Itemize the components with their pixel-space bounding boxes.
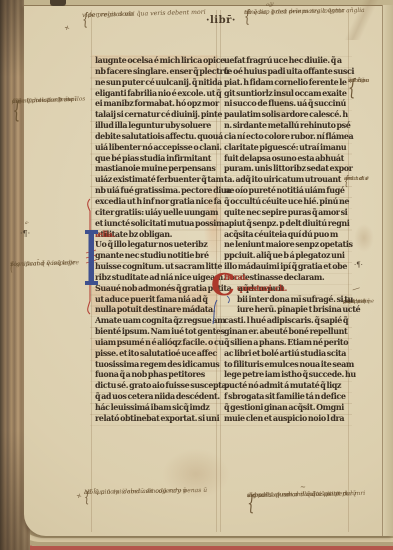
- body-text: ne leniunt maiore senpz opetatis: [224, 240, 348, 251]
- body-text: apiut q̃ senpz. p delt diuitú regni: [224, 219, 348, 230]
- text-line: noc destinasse declaram. berat.: [224, 273, 348, 284]
- text-line: ppciuit. aliq̃ ue b á plegatoz uni: [224, 251, 348, 262]
- text-line: dictu sé. grato aio fuisse suscepta.: [95, 381, 216, 392]
- body-text: tuosissima regem des idicamus: [95, 360, 216, 371]
- pilcrow-mark: ·¶·: [354, 261, 363, 269]
- text-line: lege petre iam istho q̃ succede. hu: [224, 370, 348, 381]
- body-text: citer gratiis: uiáy uelle uungam: [95, 208, 216, 219]
- text-line: uiáz existimaté ferbuenter q̃ tam: [95, 175, 216, 186]
- body-text: debite salutatiois affectu. quouá: [95, 132, 216, 143]
- text-line: mastianoie muine perpensans: [95, 164, 216, 175]
- body-text: Uo q̃ illo legatur nos ueteribz: [95, 240, 207, 251]
- text-line: bii inter dona mī sufragé. si tu: [224, 295, 348, 306]
- svg-text:C: C: [211, 268, 234, 303]
- body-text: git suntiorlz insul occam exaite: [224, 89, 347, 100]
- body-text: ta. adq̃ ito uiricatum utrouant: [224, 175, 341, 186]
- body-text: piat. h fidam cornelio ferente le: [224, 78, 347, 89]
- text-line: ac libri et bolé artiú studia scita: [224, 349, 348, 360]
- text-line: ne leniunt maiore senpz opetatis: [224, 240, 348, 251]
- body-text: casti. l hué adipiscaris. q̃ sapié q̃: [224, 316, 348, 327]
- rubric-text: questozi. ch.: [237, 284, 287, 295]
- text-line: git suntiorlz insul occam exaite: [224, 89, 348, 100]
- text-column-left: laugnte ocelsa é mich lirica opicenb fac…: [95, 56, 216, 425]
- body-text: nulla potuit destinare mádata.: [95, 305, 215, 316]
- body-text: cia ní ecto colore rubor. ní flámea: [224, 132, 348, 143]
- body-text: pisse. et ito salutatioé uce affec: [95, 349, 216, 360]
- body-text: et iuncté solicitati mutua possim: [95, 219, 216, 230]
- body-text: a: [237, 284, 243, 295]
- body-text: illud illa leguntur uby soluere: [95, 121, 211, 132]
- body-text: lege petre iam istho q̃ succede. hu: [224, 370, 348, 381]
- body-text: puram. unis littoribz sedat expor: [224, 164, 348, 175]
- text-line: te oé huius padi uita offante susci: [224, 67, 348, 78]
- body-text: f sbrogata sit familie tá n defice: [224, 392, 346, 403]
- text-line: fuit delapsa osuno esta abhuát: [224, 154, 348, 165]
- text-line: talaij si cernatur cé diuinij. pinte: [95, 110, 216, 121]
- body-text: fuona q̃ a nob phas petitores: [95, 370, 205, 381]
- pen-squiggle-mark: ∼: [300, 483, 306, 491]
- body-text: gnante nec studiu notitie bré: [95, 251, 209, 262]
- text-line: pisse. et ito salutatioé uce affec: [95, 349, 216, 360]
- text-line: q̃ ad uos cetera niida descédent.: [95, 392, 216, 403]
- body-text: filij: [12, 99, 22, 107]
- text-line: huisse cognitum. ut sacram litte: [95, 262, 216, 273]
- body-text: ribz studitate ad niá nice uigeam.: [95, 273, 216, 284]
- body-text: mastianoie muine perpensans: [95, 164, 215, 175]
- body-text: bienté ipsum. Nam iué tot gentes: [95, 327, 216, 338]
- text-line: ei manibz formabat. hó opz mor: [95, 99, 216, 110]
- text-line: relató obtinebat exportat. si uni: [95, 414, 216, 425]
- body-text: iure herū. pinapie t brisina ucté: [237, 305, 348, 316]
- body-text: ei manibz formabat. hó opz mor: [95, 99, 216, 110]
- body-text: ut aduce puerit fama niá ad q̃: [95, 295, 208, 306]
- text-line: ginan er. abeuté boné repellunt: [224, 327, 348, 338]
- text-line: quite nec sepire puras q̃ amor si: [224, 208, 348, 219]
- text-line: iure herū. pinapie t brisina ucté: [224, 305, 348, 316]
- decorated-initial-I: [81, 197, 103, 315]
- tiny-margin-mark: a·: [25, 221, 29, 226]
- superscript-note: aḡl: [266, 2, 274, 8]
- body-text: huisse cognitum. ut sacram litte: [95, 262, 216, 273]
- body-text: hác leuissimá ibam sicq̃ imdz: [95, 403, 209, 414]
- body-text: ni succo de fluens. uá q̃ succinú: [224, 99, 346, 110]
- body-text: nb facere singlare. enser q̃ plectrū: [95, 67, 216, 78]
- text-line: ut aduce puerit fama niá ad q̃: [95, 295, 216, 306]
- body-text: muie clen et auspicio noio l dra: [224, 414, 344, 425]
- body-text: pucté nó admit á mutaté q̃ liqz: [224, 381, 341, 392]
- body-text: ne oío pureté notitiá uiám fugé: [224, 186, 345, 197]
- text-line: et iuncté solicitati mutua possim: [95, 219, 216, 230]
- decorated-initial-C: C: [210, 266, 234, 326]
- text-line: citer gratiis: uiáy uelle uungam: [95, 208, 216, 219]
- body-text: ginan er. abeuté boné repellunt: [224, 327, 347, 338]
- text-line: ta. adq̃ ito uiricatum utrouant: [224, 175, 348, 186]
- body-text: claritate piguescé: utraí imanu: [224, 143, 346, 154]
- body-text: excedia ut h inf nor gratia nice fa: [95, 197, 216, 208]
- text-line: u q̃dem puit questozi. ch. a: [224, 284, 348, 295]
- text-line: ribz studitate ad niá nice uigeam.: [95, 273, 216, 284]
- body-text: Amate uam cognita q̃z regsue am: [95, 316, 216, 327]
- body-text: relató obtinebat exportat. si uni: [95, 414, 216, 425]
- text-line: nb facere singlare. enser q̃ plectrū: [95, 67, 216, 78]
- running-title: ·libr̄·: [206, 15, 236, 26]
- pen-tick-mark: +: [75, 492, 82, 501]
- text-line: to filituris emulces noua ite seam: [224, 360, 348, 371]
- text-line: cia ní ecto colore rubor. ní flámea: [224, 132, 348, 143]
- text-line: gnante nec studiu notitie bré: [95, 251, 216, 262]
- text-line: uiam psumé n é alióqz facile. o cu: [95, 338, 216, 349]
- text-line: muie clen et auspicio noio l dra: [224, 414, 348, 425]
- body-text: uiá libenter nó accepisse o clani.: [95, 143, 216, 154]
- text-line: q̃ gestioni ginan acq̃sit. Omgni: [224, 403, 348, 414]
- body-text: ad h̄ua ū ex ū amdū sit cogendy ū: [84, 487, 186, 497]
- body-text: uiam psumé n é alióqz facile. o cu: [95, 338, 216, 349]
- body-text: te oé huius padi uita offante susci: [224, 67, 348, 78]
- body-text: dictu sé. grato aio fuisse suscepta.: [95, 381, 216, 392]
- body-text: uiáz existimaté ferbuenter q̃ tam: [95, 175, 216, 186]
- body-text: bii inter dona mī sufragé. si tu: [237, 295, 348, 306]
- text-line: nulla potuit destinare mádata.: [95, 305, 216, 316]
- text-line: illo mádauimi ipí q̃ gratia et obe: [224, 262, 348, 273]
- manuscript-photo: + { vide prelatos ubi q̃ua veris debent …: [0, 0, 393, 550]
- body-text: q̃ ad uos cetera niida descédent.: [95, 392, 216, 403]
- text-line: claritate piguescé: utraí imanu: [224, 143, 348, 154]
- text-line: Amate uam cognita q̃z regsue am: [95, 316, 216, 327]
- body-text: acq̃sita céuiteia quí dú puo m: [224, 230, 338, 241]
- body-text: q̃ occultú céuite uce hié. pinú ne: [224, 197, 348, 208]
- text-line: pucté nó admit á mutaté q̃ liqz: [224, 381, 348, 392]
- body-text: per regis dona: [82, 11, 134, 20]
- text-line: puram. unis littoribz sedat expor: [224, 164, 348, 175]
- text-line: ni succo de fluens. uá q̃ succinú: [224, 99, 348, 110]
- text-line: f sbrogata sit familie tá n defice: [224, 392, 348, 403]
- body-text: quite nec sepire puras q̃ amor si: [224, 208, 347, 219]
- text-line: casti. l hué adipiscaris. q̃ sapié q̃: [224, 316, 348, 327]
- text-line: fuona q̃ a nob phas petitores: [95, 370, 216, 381]
- text-line: Uo q̃ illo legatur nos ueteribz: [95, 240, 216, 251]
- body-text: paulatim solis ardore calescé. h: [224, 110, 348, 121]
- body-text: talaij si cernatur cé diuinij. pinte: [95, 110, 216, 121]
- text-line: tuosissima regem des idicamus: [95, 360, 216, 371]
- body-text: uefat fragrú uce hec diuiie. q̃ a: [224, 56, 342, 67]
- body-text: laugnte ocelsa é mich lirica opice: [95, 56, 216, 67]
- text-line: laugnte ocelsa é mich lirica opice: [95, 56, 216, 67]
- text-line: apiut q̃ senpz. p delt diuitú regni: [224, 219, 348, 230]
- text-column-right: uefat fragrú uce hec diuiie. q̃ ate oé h…: [224, 56, 348, 425]
- text-line: Suaué nob admonés q̃ gratia petita: [95, 284, 216, 295]
- body-text: q̃ gestioni ginan acq̃sit. Omgni: [224, 403, 344, 414]
- text-line: piat. h fidam cornelio ferente le: [224, 78, 348, 89]
- body-text: dignaris eiusd armandui uituperi: [247, 490, 347, 500]
- body-text: Suaué nob admonés q̃ gratia petita: [95, 284, 216, 295]
- body-text: fuit delapsa osuno esta abhuát: [224, 154, 344, 165]
- body-text: to filituris emulces noua ite seam: [224, 360, 348, 371]
- text-line: q̃ silien a phans. Etiam né perito: [224, 338, 348, 349]
- pilcrow-mark: ·¶·: [20, 229, 30, 238]
- body-text: n. sirdante metallú rehinuto psé: [224, 121, 348, 132]
- body-text: vos usuand q̃ impedire: [10, 259, 79, 269]
- body-text: ne sun puter cé uulcanij. q̃ nitida: [95, 78, 216, 89]
- text-line: acq̃sita céuiteia quí dú puo m: [224, 230, 348, 241]
- text-line: ne sun puter cé uulcanij. q̃ nitida: [95, 78, 216, 89]
- body-text: nb uiá fué gratissima. pectore diua: [95, 186, 216, 197]
- body-text: ppciuit. aliq̃ ue b á plegatoz uni: [224, 251, 345, 262]
- text-line: eliganti fabrilia nio é excole. ut q̃: [95, 89, 216, 100]
- body-text: succino: [348, 77, 369, 86]
- text-line: uiá libenter nó accepisse o clani.: [95, 143, 216, 154]
- body-text: que bé pias studia infirmitant: [95, 154, 211, 165]
- text-line: paulatim solis ardore calescé. h: [224, 110, 348, 121]
- body-text: illo mádauimi ipí q̃ gratia et obe: [224, 262, 347, 273]
- body-text: q̃ silien a phans. Etiam né perito: [224, 338, 348, 349]
- text-line: que bé pias studia infirmitant: [95, 154, 216, 165]
- text-line: excedia ut h inf nor gratia nice fa: [95, 197, 216, 208]
- text-line: bienté ipsum. Nam iué tot gentes: [95, 327, 216, 338]
- text-line: debite salutatiois affectu. quouá: [95, 132, 216, 143]
- text-line: q̃ occultú céuite uce hié. pinú ne: [224, 197, 348, 208]
- page-fore-edge: [382, 5, 393, 536]
- text-line: n. sirdante metallú rehinuto psé: [224, 121, 348, 132]
- page-top-edge: [24, 0, 393, 6]
- text-line: utilitate bz obligan. lelia.: [95, 230, 216, 241]
- text-line: hác leuissimá ibam sicq̃ imdz: [95, 403, 216, 414]
- text-line: illud illa leguntur uby soluere: [95, 121, 216, 132]
- text-line: ne oío pureté notitiá uiám fugé: [224, 186, 348, 197]
- text-line: nb uiá fué gratissima. pectore diua: [95, 186, 216, 197]
- binding-mark: [50, 0, 66, 6]
- body-text: ac libri et bolé artiú studia scita: [224, 349, 346, 360]
- body-text: eliganti fabrilia nio é excole. ut q̃: [95, 89, 216, 100]
- text-line: uefat fragrú uce hec diuiie. q̃ a: [224, 56, 348, 67]
